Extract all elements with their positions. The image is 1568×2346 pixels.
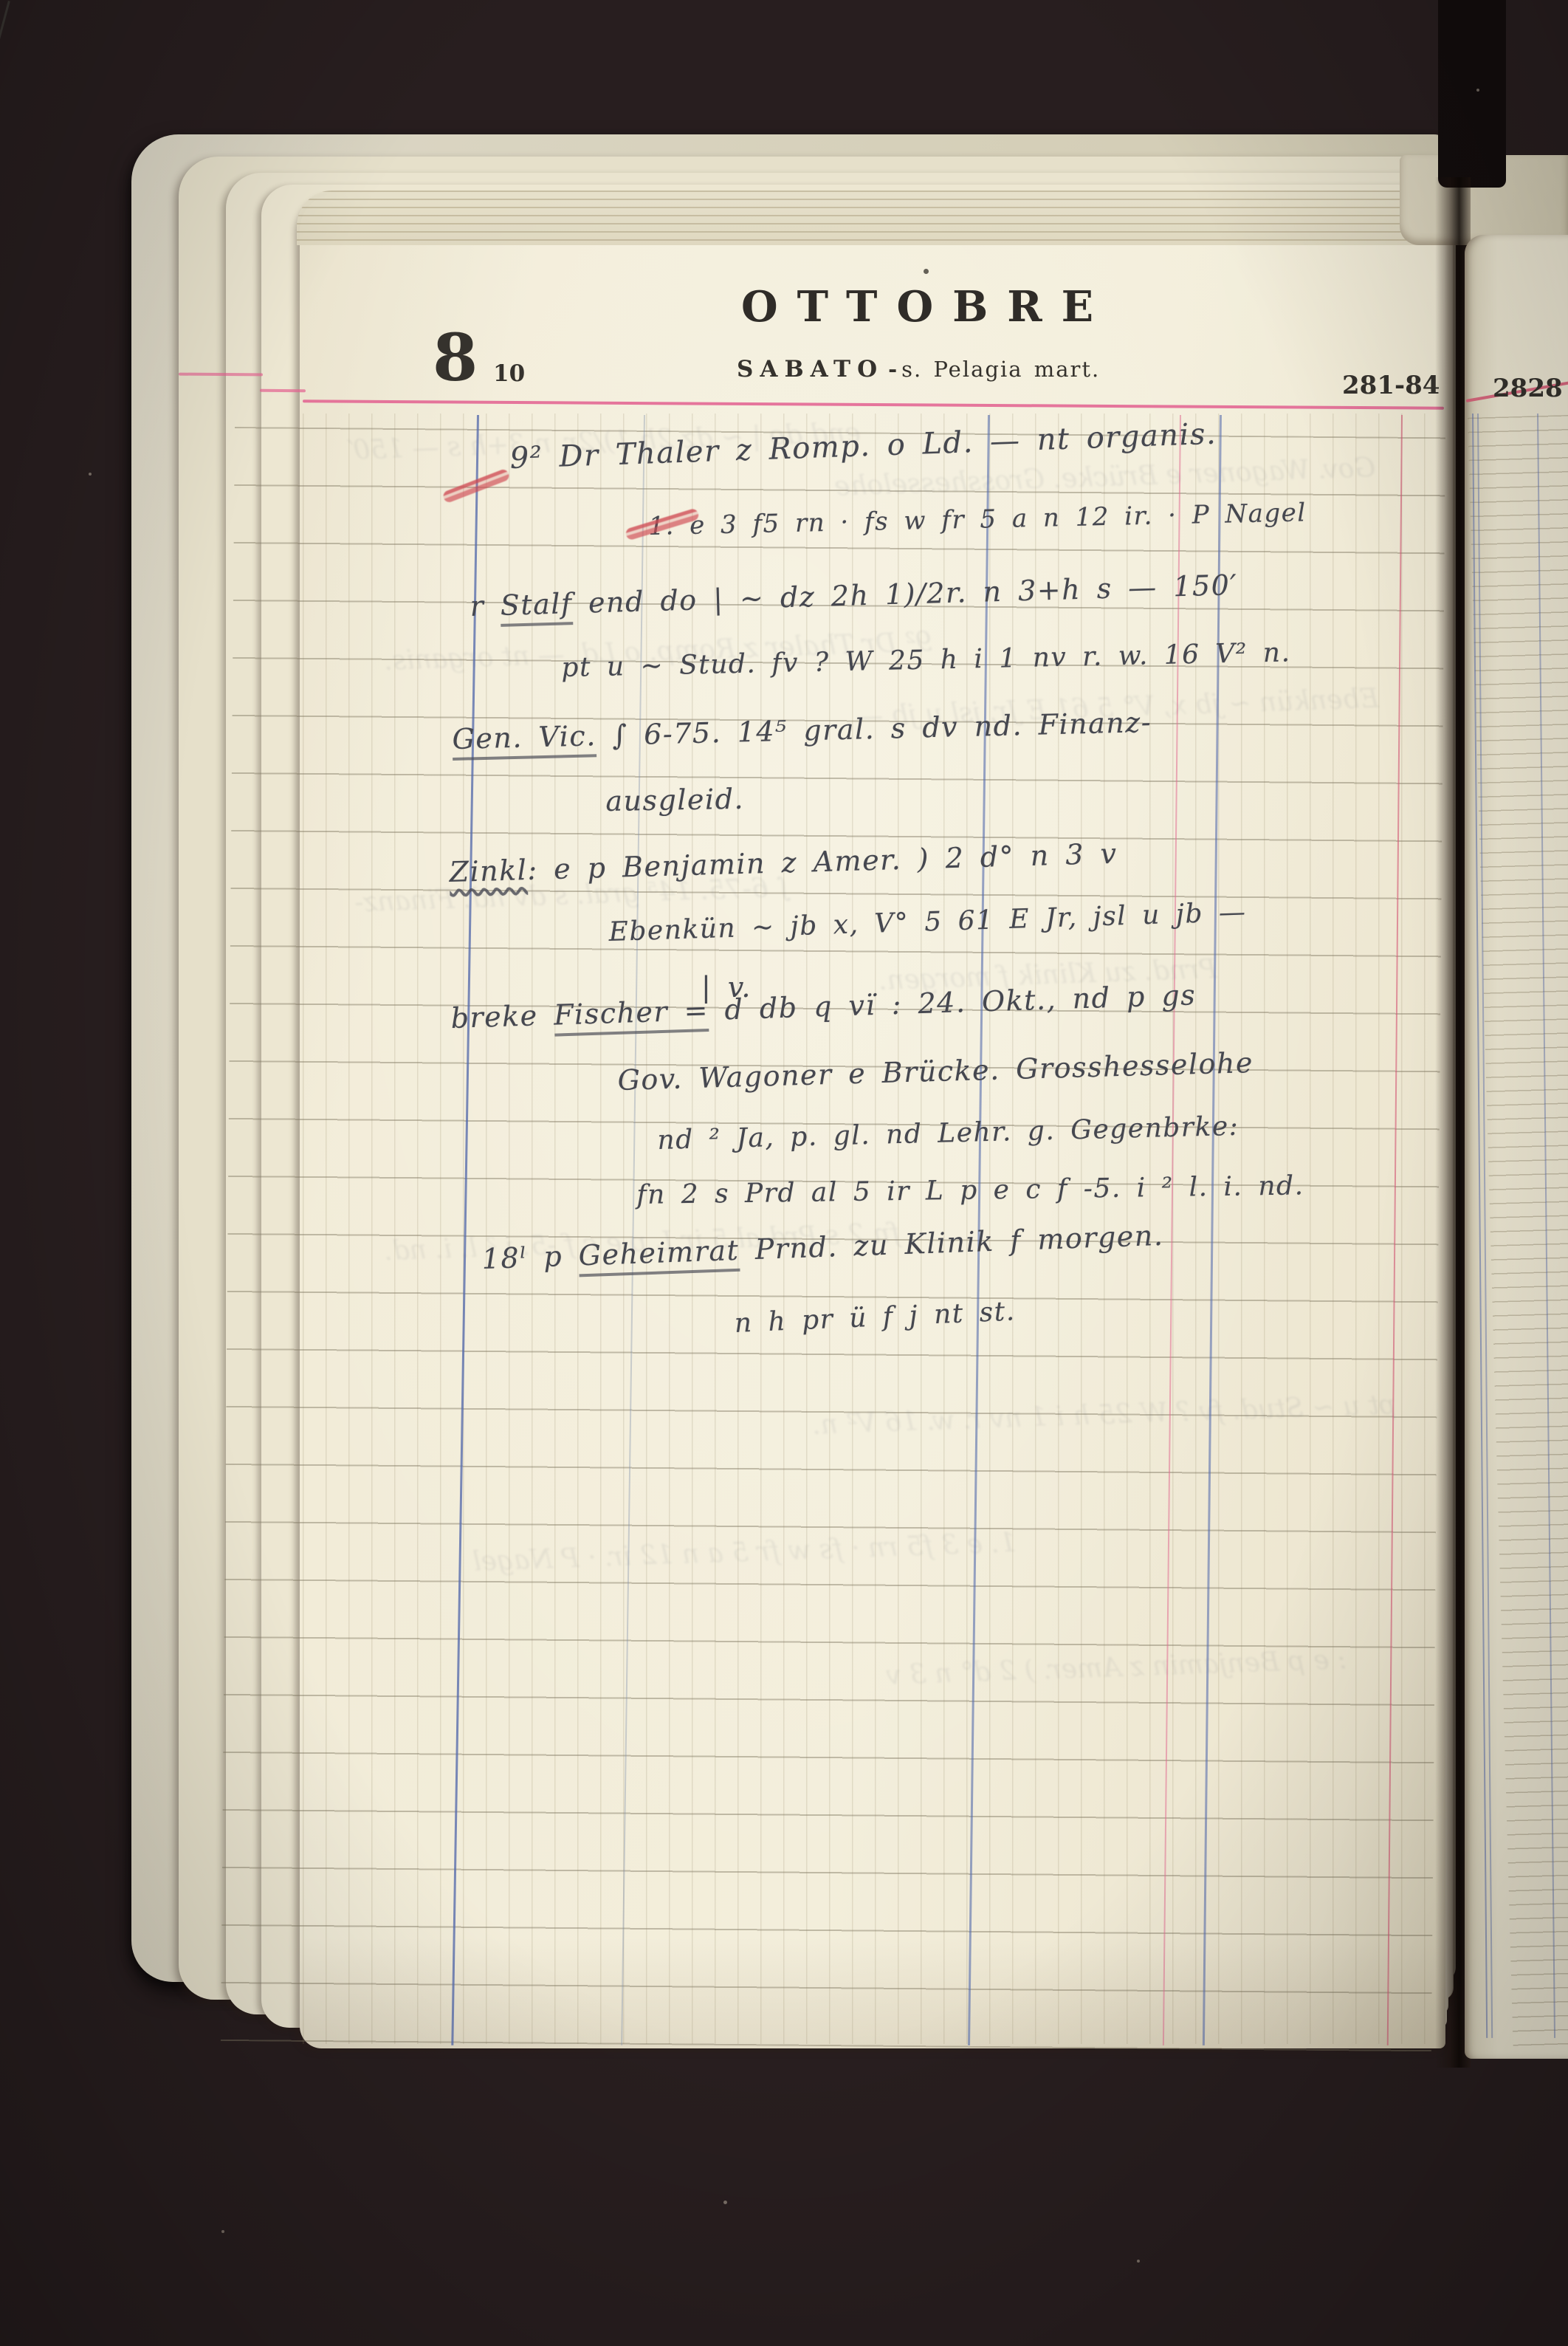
dust-speck (221, 2230, 224, 2233)
dust-speck (1476, 89, 1479, 92)
day-number: 8 (433, 319, 478, 396)
ink-speck (924, 269, 929, 274)
separator: - (884, 357, 901, 382)
next-page-number: 282 (1493, 374, 1545, 403)
diary-scan: end do | ~ dz 2h 1)/2r. n 3+h s — 150′ G… (0, 0, 1568, 2346)
dust-speck (1137, 2260, 1140, 2263)
dust-speck (89, 473, 92, 476)
week-number: 10 (493, 360, 525, 387)
weekday-line: SABATO-s. Pelagia mart. (737, 356, 1100, 383)
dust-speck (723, 2201, 727, 2204)
line-text: ausgleid. (605, 783, 744, 817)
line-text: 18ˡ p (481, 1239, 580, 1275)
day-week-slash (0, 1, 10, 61)
next-page-number-clipped: 8 (1545, 374, 1563, 403)
line-text: r (470, 589, 501, 622)
underlined-word: Fischer = (553, 994, 709, 1037)
handwritten-line: ausgleid. (605, 783, 744, 818)
underlined-word: Gen. Vic. (452, 719, 596, 761)
pink-header-rule-undersheet (179, 373, 263, 377)
next-page-range: 2828 (1493, 374, 1563, 403)
underlined-word: Zinkl (449, 854, 528, 891)
pink-header-rule-undersheet (260, 389, 306, 392)
underlined-word: Geheimrat (578, 1234, 740, 1277)
underlined-word: Stalf (500, 587, 573, 627)
saint-feast: s. Pelagia mart. (901, 357, 1100, 382)
line-text: breke (450, 999, 554, 1035)
weekday-name: SABATO (737, 356, 884, 383)
page-range: 281-84 (1342, 371, 1440, 400)
month-title: OTTOBRE (741, 282, 1113, 332)
